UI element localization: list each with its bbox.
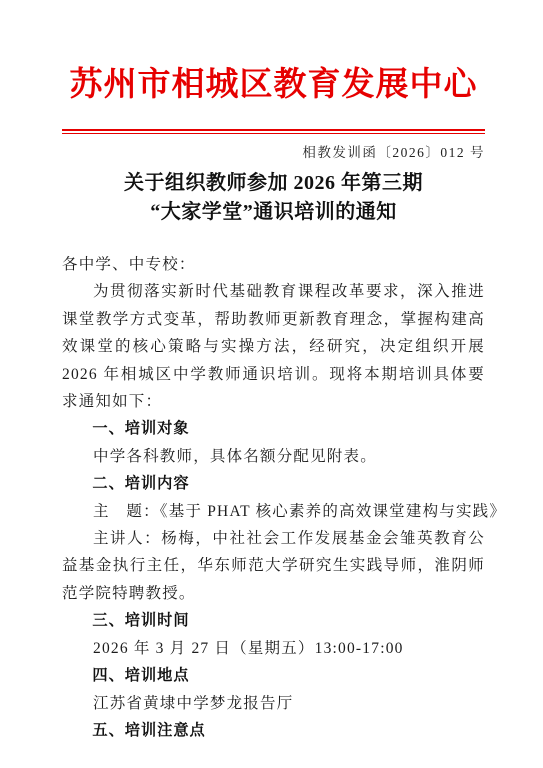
training-time: 2026 年 3 月 27 日（星期五）13:00-17:00 xyxy=(62,635,485,662)
letterhead-divider xyxy=(62,129,485,134)
section-heading-training-notes: 五、培训注意点 xyxy=(62,717,485,744)
section-heading-training-content: 二、培训内容 xyxy=(62,470,485,497)
document-title: 关于组织教师参加 2026 年第三期 “大家学堂”通识培训的通知 xyxy=(62,169,485,227)
document-page: 苏州市相城区教育发展中心 相教发训函〔2026〕012 号 关于组织教师参加 2… xyxy=(0,0,543,768)
training-topic: 主 题：《基于 PHAT 核心素养的高效课堂建构与实践》 xyxy=(62,498,485,525)
salutation: 各中学、中专校： xyxy=(62,251,485,278)
divider-thick-line xyxy=(62,129,485,131)
divider-thin-line xyxy=(62,133,485,134)
section-body-training-target: 中学各科教师，具体名额分配见附表。 xyxy=(62,443,485,470)
training-speaker: 主讲人：杨梅，中社社会工作发展基金会雏英教育公益基金执行主任，华东师范大学研究生… xyxy=(62,525,485,607)
document-content: 苏州市相城区教育发展中心 相教发训函〔2026〕012 号 关于组织教师参加 2… xyxy=(62,62,485,744)
section-heading-training-target: 一、培训对象 xyxy=(62,415,485,442)
section-heading-training-location: 四、培训地点 xyxy=(62,662,485,689)
letterhead-org-name: 苏州市相城区教育发展中心 xyxy=(62,62,485,108)
training-location: 江苏省黄埭中学梦龙报告厅 xyxy=(62,690,485,717)
intro-paragraph: 为贯彻落实新时代基础教育课程改革要求，深入推进课堂教学方式变革，帮助教师更新教育… xyxy=(62,278,485,415)
section-heading-training-time: 三、培训时间 xyxy=(62,607,485,634)
document-title-line2: “大家学堂”通识培训的通知 xyxy=(62,198,485,227)
document-number: 相教发训函〔2026〕012 号 xyxy=(62,144,485,162)
document-title-line1: 关于组织教师参加 2026 年第三期 xyxy=(62,169,485,198)
document-body: 各中学、中专校： 为贯彻落实新时代基础教育课程改革要求，深入推进课堂教学方式变革… xyxy=(62,251,485,744)
